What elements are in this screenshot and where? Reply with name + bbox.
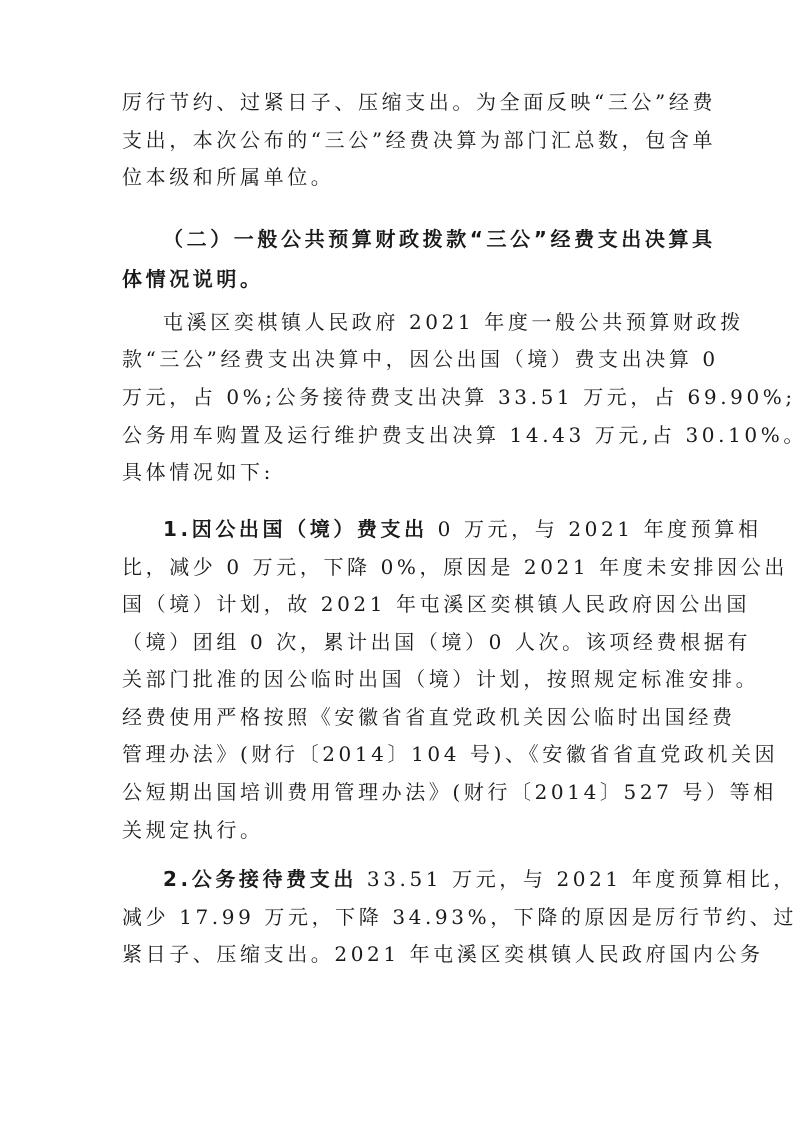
item-2-line-1-text: 33.51 万元，与 2021 年度预算相比， <box>357 867 793 891</box>
item-2-title: 2.公务接待费支出 <box>163 867 357 891</box>
item-1-line-4: （境）团组 0 次，累计出国（境）0 人次。该项经费根据有 <box>122 627 674 657</box>
summary-line-1: 屯溪区奕棋镇人民政府 2021 年度一般公共预算财政拨 <box>163 307 674 337</box>
summary-line-4: 公务用车购置及运行维护费支出决算 14.43 万元,占 30.10%。 <box>122 420 674 450</box>
summary-line-5: 具体情况如下: <box>122 457 674 487</box>
item-1-line-2: 比，减少 0 万元，下降 0%，原因是 2021 年度未安排因公出 <box>122 552 674 582</box>
item-1-line-5: 关部门批准的因公临时出国（境）计划，按照规定标准安排。 <box>122 664 674 694</box>
item-2-line-1: 2.公务接待费支出 33.51 万元，与 2021 年度预算相比， <box>163 864 674 894</box>
item-1-line-8: 公短期出国培训费用管理办法》(财行〔2014〕527 号）等相 <box>122 777 674 807</box>
item-1-line-9: 关规定执行。 <box>122 815 674 845</box>
item-2-line-3: 紧日子、压缩支出。2021 年屯溪区奕棋镇人民政府国内公务 <box>122 939 674 969</box>
item-1-title: 1.因公出国（境）费支出 <box>163 517 428 541</box>
summary-line-3: 万元，占 0%;公务接待费支出决算 33.51 万元，占 69.90%; <box>122 382 674 412</box>
section-heading-line-2: 体情况说明。 <box>122 264 674 294</box>
item-1-line-1: 1.因公出国（境）费支出 0 万元，与 2021 年度预算相 <box>163 514 674 544</box>
item-1-line-3: 国（境）计划，故 2021 年屯溪区奕棋镇人民政府因公出国 <box>122 589 674 619</box>
intro-line-3: 位本级和所属单位。 <box>122 162 674 192</box>
item-1-line-1-text: 0 万元，与 2021 年度预算相 <box>428 517 762 541</box>
summary-line-2: 款“三公”经费支出决算中，因公出国（境）费支出决算 0 <box>122 344 674 374</box>
item-1-line-7: 管理办法》(财行〔2014〕104 号)、《安徽省省直党政机关因 <box>122 739 674 769</box>
item-2-line-2: 减少 17.99 万元，下降 34.93%，下降的原因是厉行节约、过 <box>122 902 674 932</box>
intro-line-2: 支出，本次公布的“三公”经费决算为部门汇总数，包含单 <box>122 125 674 155</box>
section-heading-line-1: （二）一般公共预算财政拨款“三公”经费支出决算具 <box>163 224 674 254</box>
document-page: 厉行节约、过紧日子、压缩支出。为全面反映“三公”经费 支出，本次公布的“三公”经… <box>0 0 793 1122</box>
intro-line-1: 厉行节约、过紧日子、压缩支出。为全面反映“三公”经费 <box>122 87 674 117</box>
item-1-line-6: 经费使用严格按照《安徽省省直党政机关因公临时出国经费 <box>122 702 674 732</box>
